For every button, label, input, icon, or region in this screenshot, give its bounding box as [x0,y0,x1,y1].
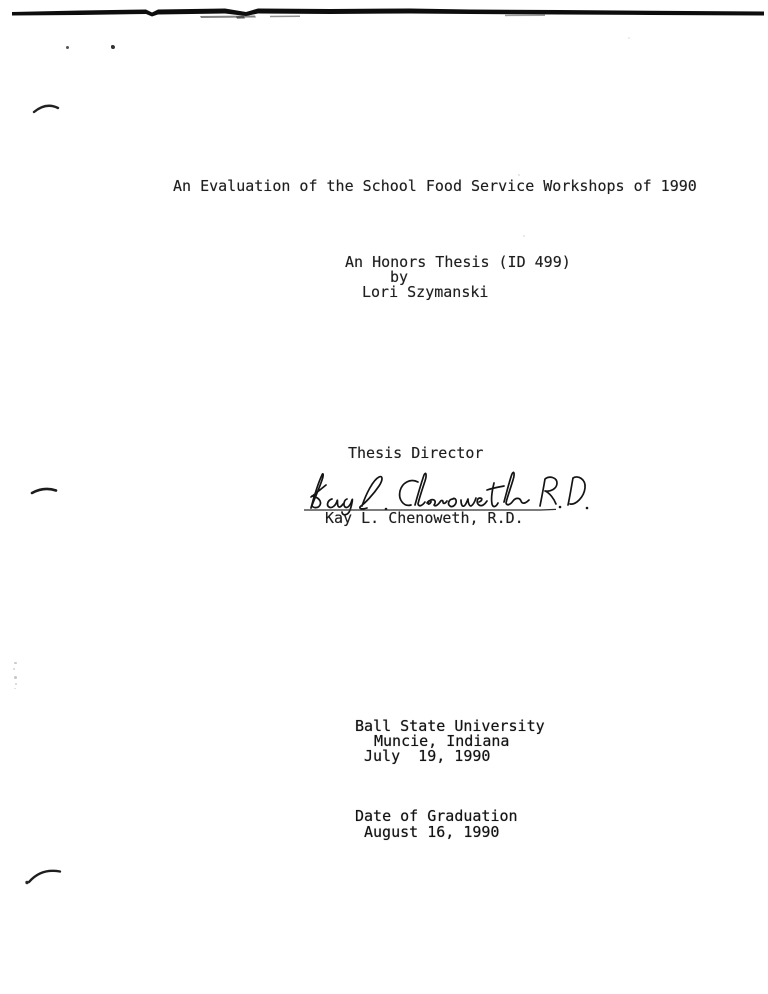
thesis-date: July 19, 1990 [364,749,490,764]
scan-artifact-arc-top [32,101,60,115]
honors-thesis-line: An Honors Thesis (ID 499) [345,255,571,270]
scan-speck [14,688,16,689]
scan-artifact-arc-bottom [22,864,64,886]
scan-speck [523,235,525,237]
thesis-title: An Evaluation of the School Food Service… [173,179,697,194]
scan-speck [518,174,520,176]
scan-speck [14,662,17,664]
director-typed-name: Kay L. Chenoweth, R.D. [325,511,524,526]
scan-speck-dot [66,46,69,49]
scanned-thesis-title-page: An Evaluation of the School Food Service… [0,0,768,994]
scan-speck [15,683,17,685]
scan-speck [13,668,15,670]
scan-artifact-top-bar [0,0,768,28]
scan-speck-dot [111,45,115,49]
graduation-date: August 16, 1990 [364,825,499,840]
scan-artifact-arc-middle [30,484,58,497]
thesis-director-heading: Thesis Director [348,446,483,461]
scan-speck [14,676,17,679]
graduation-label: Date of Graduation [355,809,518,824]
author-name: Lori Szymanski [362,285,488,300]
scan-speck [628,37,630,39]
